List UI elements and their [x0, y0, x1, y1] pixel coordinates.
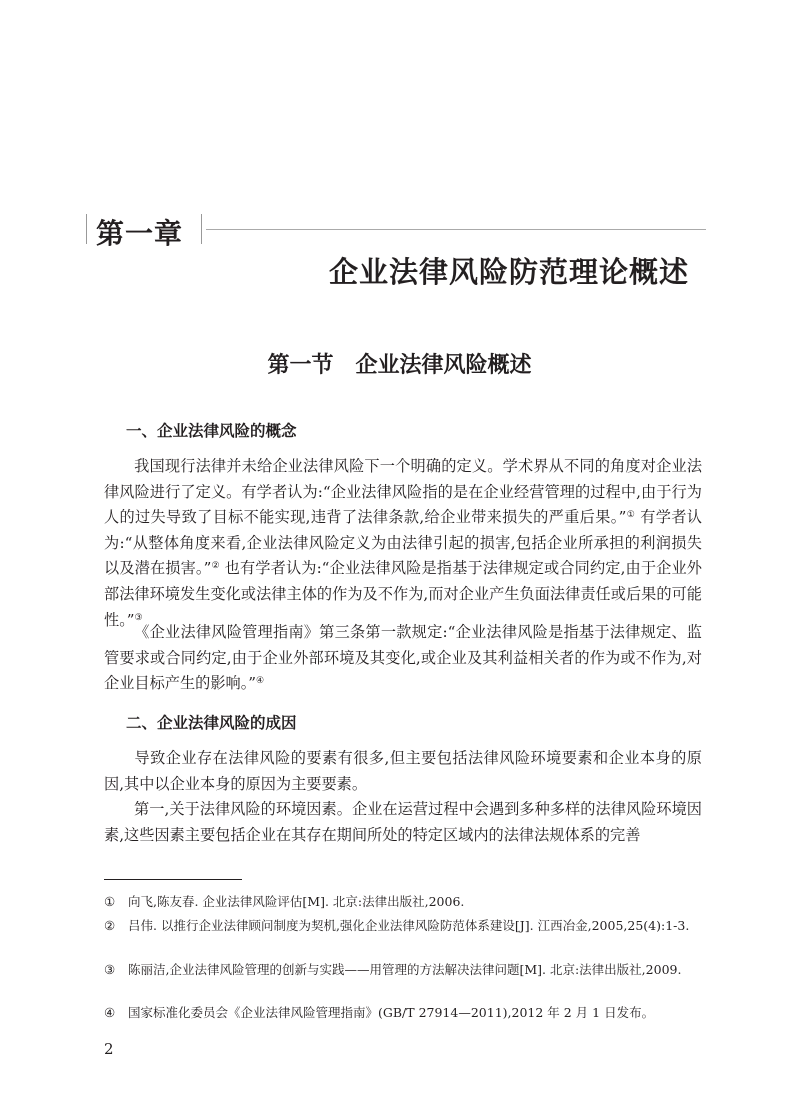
chapter-divider	[206, 229, 706, 230]
heading-concept: 一、企业法律风险的概念	[126, 419, 297, 441]
heading-causes: 二、企业法律风险的成因	[126, 711, 297, 733]
paragraph-guideline: 《企业法律风险管理指南》第三条第一款规定:“企业法律风险是指基于法律规定、监管要…	[104, 620, 702, 697]
section-title: 第一节 企业法律风险概述	[0, 348, 799, 379]
footnote-ref-4[interactable]: ④	[256, 676, 264, 686]
footnote-3: ③ 陈丽洁,企业法律风险管理的创新与实践——用管理的方法解决法律问题[M]. 北…	[104, 960, 704, 979]
paragraph-causes: 导致企业存在法律风险的要素有很多,但主要包括法律风险环境要素和企业本身的原因,其…	[104, 746, 702, 797]
footnote-4: ④ 国家标准化委员会《企业法律风险管理指南》(GB/T 27914—2011),…	[104, 1003, 704, 1022]
chapter-label: 第一章	[96, 212, 183, 252]
footnote-ref-1[interactable]: ①	[626, 510, 635, 520]
footnote-2: ② 吕伟. 以推行企业法律顾问制度为契机,强化企业法律风险防范体系建设[J]. …	[104, 916, 704, 935]
footnote-1: ① 向飞,陈友春. 企业法律风险评估[M]. 北京:法律出版社,2006.	[104, 892, 704, 911]
paragraph-environment: 第一,关于法律风险的环境因素。企业在运营过程中会遇到多种多样的法律风险环境因素,…	[104, 797, 702, 848]
footnote-ref-2[interactable]: ②	[211, 561, 219, 571]
chapter-title: 企业法律风险防范理论概述	[329, 250, 689, 291]
footnote-divider	[104, 879, 242, 880]
paragraph-definition: 我国现行法律并未给企业法律风险下一个明确的定义。学术界从不同的角度对企业法律风险…	[104, 454, 702, 633]
page-number: 2	[104, 1040, 114, 1058]
